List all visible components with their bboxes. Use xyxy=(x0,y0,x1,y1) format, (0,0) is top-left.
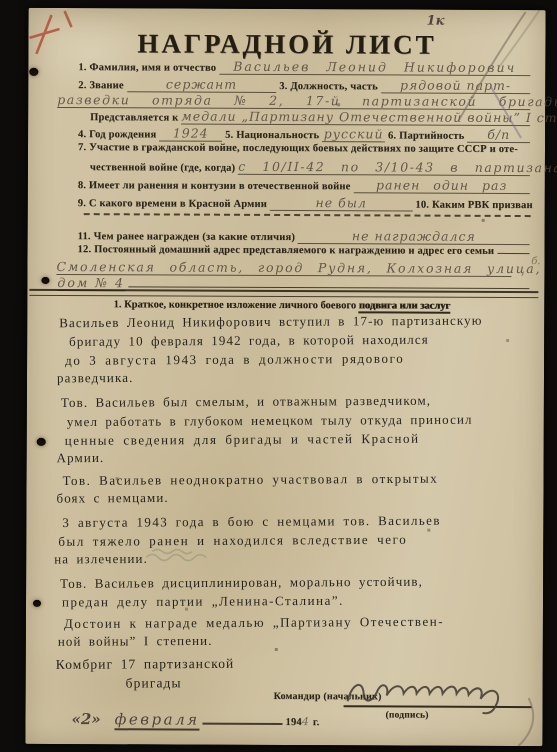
page-number-note: 1к xyxy=(427,14,445,29)
field-army-service-label: 9. С какого времени в Красной Армии xyxy=(78,198,267,210)
signature-line xyxy=(344,705,532,708)
feat-text-line: бригаду 10 февраля 1942 года, в которой … xyxy=(69,332,429,350)
field-name-label: 1. Фамилия, имя и отчество xyxy=(78,62,216,74)
double-rule xyxy=(29,289,538,298)
field-birth-nationality-party-row: 4. Год рождения 1924 5. Национальность р… xyxy=(78,125,533,143)
field-previous-awards-label: 11. Чем ранее награжден (за какие отличи… xyxy=(78,231,295,243)
punch-hole xyxy=(41,277,49,284)
feat-text-line: Тов. Васильев дисциплинирован, морально … xyxy=(60,574,423,592)
field-rvk-label: 10. Каким РВК призван xyxy=(415,200,532,212)
feat-text-line: Достоин к награде медалью „Партизану Оте… xyxy=(64,614,444,632)
field-home-address-row: 12. Постоянный домашний адрес представля… xyxy=(78,244,533,257)
year-suffix: г. xyxy=(313,717,320,728)
field-rank-label: 2. Звание xyxy=(78,80,124,91)
feat-text-line: разведчика. xyxy=(57,370,134,386)
field-rank-position-row: 2. Звание сержант 3. Должность, часть ря… xyxy=(78,76,533,94)
field-nominated-row: Представляется к медали „Партизану Отече… xyxy=(90,108,533,126)
date-day: «2» xyxy=(71,710,100,728)
margin-note: б. xyxy=(531,256,540,267)
feat-text-line: предан делу партии „Ленина-Сталина”. xyxy=(62,593,344,611)
field-participation-continuation-row: чественной войне (где, когда) с 10/II-42… xyxy=(90,158,533,176)
feat-text-line: ной войны” I степени. xyxy=(58,633,213,650)
field-nominated-value: медали „Партизану Отечественной войны” I… xyxy=(181,109,530,127)
feat-text-line: до 3 августа 1943 года в должности рядов… xyxy=(65,351,404,369)
field-army-service-value: не был xyxy=(270,195,412,212)
field-rank-value: сержант xyxy=(127,76,277,93)
punch-hole xyxy=(33,600,41,607)
field-participation-value: с 10/II-42 по 3/10-43 в партизанах xyxy=(238,159,530,176)
feat-text-line: боях с немцами. xyxy=(56,490,168,507)
field-position-label: 3. Должность, часть xyxy=(279,81,378,92)
field-home-address-value-row: Смоленская область, город Рудня, Колхозн… xyxy=(53,259,514,277)
field-party-value: б/п xyxy=(467,127,530,143)
date-row: «2» февраля 194 4 г. xyxy=(71,710,319,731)
field-home-address-label: 12. Постоянный домашний адрес представля… xyxy=(78,244,495,257)
feat-text-line: 3 августа 1943 года в бою с немцами тов.… xyxy=(62,513,441,531)
punch-hole xyxy=(37,438,46,446)
field-wounds-row: 8. Имеет ли ранения и контузии в отечест… xyxy=(78,176,533,194)
year-printed: 194 xyxy=(285,717,301,728)
punch-hole xyxy=(29,68,38,76)
feat-text-line: Армии. xyxy=(57,450,105,466)
field-previous-awards-row: 11. Чем ранее награжден (за какие отличи… xyxy=(78,227,533,245)
feat-text-line: на излечении. xyxy=(54,551,148,568)
field-nominated-label: Представляется к xyxy=(90,112,178,123)
date-month: февраля xyxy=(115,710,200,730)
year-handwritten-digit: 4 xyxy=(302,715,309,728)
signoff-unit-line2: бригады xyxy=(126,675,182,691)
field-name-row: 1. Фамилия, имя и отчество Васильев Леон… xyxy=(78,58,533,76)
feat-section-heading: 1. Краткое, конкретное изложение личного… xyxy=(27,299,536,312)
document-paper: НАГРАДНОЙ ЛИСТ 1к 1. Фамилия, имя и отче… xyxy=(25,8,545,746)
field-nationality-label: 5. Национальность xyxy=(225,130,319,141)
feat-text-line: Тов. Васильев неоднократно участвовал в … xyxy=(63,471,439,489)
blank-underline xyxy=(203,723,283,725)
faint-stamp xyxy=(146,549,206,560)
scanned-award-document: { "title": "НАГРАДНОЙ ЛИСТ", "margin_not… xyxy=(0,0,557,752)
field-previous-awards-value: не награждался xyxy=(298,228,530,245)
field-wounds-label: 8. Имеет ли ранения и контузии в отечест… xyxy=(78,180,351,192)
field-position-value-start: рядовой парт- xyxy=(381,77,531,94)
field-participation-label-line2: чественной войне (где, когда) xyxy=(90,162,235,174)
feat-text-line: ценные сведения для бригады и частей Кра… xyxy=(65,431,420,449)
commander-label: Командир (начальник) xyxy=(274,691,382,702)
feat-heading-lead: 1. Краткое, конкретное изложение личного… xyxy=(114,299,359,311)
field-name-value: Васильев Леонид Никифорович xyxy=(219,59,530,76)
signature-caption: (подпись) xyxy=(386,710,429,720)
dashed-separator xyxy=(84,213,531,217)
document-title: НАГРАДНОЙ ЛИСТ xyxy=(28,28,545,61)
field-participation-row: 7. Участие в гражданской войне, последую… xyxy=(78,142,535,155)
paper-specks xyxy=(29,8,30,9)
feat-text-line: Тов. Васильев был смелым, и отважным раз… xyxy=(61,393,431,411)
field-wounds-value: ранен один раз xyxy=(353,177,529,194)
field-nationality-value: русский xyxy=(322,126,385,142)
feat-text-line: Васильев Леонид Никифорович вступил в 17… xyxy=(59,313,482,332)
blank-underline xyxy=(497,253,529,254)
field-home-address-value-line1: Смоленская область, город Рудня, Колхозн… xyxy=(56,259,511,277)
field-participation-label-line1: 7. Участие в гражданской войне, последую… xyxy=(78,142,518,155)
field-birthyear-label: 4. Год рождения xyxy=(78,129,156,140)
signoff-unit-line1: Комбриг 17 партизанской xyxy=(56,656,235,673)
feat-text-line: умел работать в глубоком немецком тылу о… xyxy=(67,412,473,430)
field-party-label: 6. Партийность xyxy=(388,130,464,141)
field-birthyear-value: 1924 xyxy=(159,125,222,141)
feat-text-line: был тяжело ранен и находился вследствие … xyxy=(58,532,407,550)
feat-heading-emphasis: подвига или заслуг xyxy=(359,300,450,313)
field-army-service-row: 9. С какого времени в Красной Армии не б… xyxy=(78,194,533,212)
